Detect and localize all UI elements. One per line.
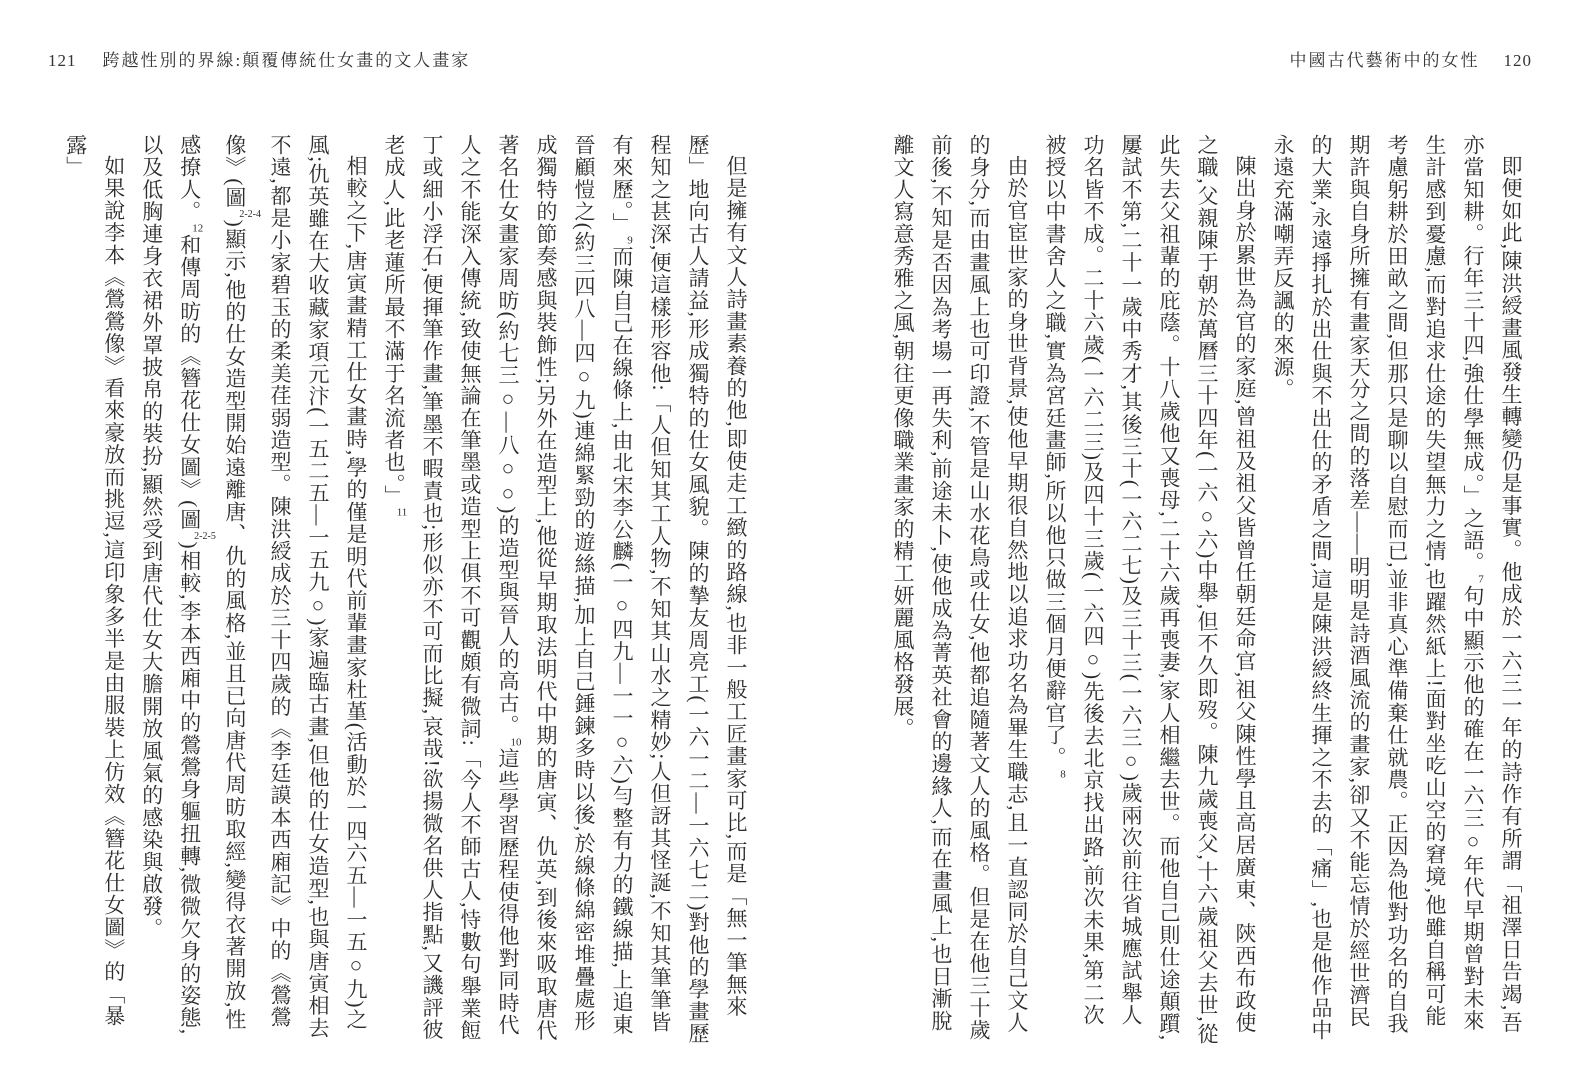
- footnote-marker: 11: [396, 507, 408, 518]
- page-number-120: 120: [1504, 51, 1533, 70]
- page-number-121: 121: [48, 51, 77, 70]
- paragraph: 陳出身於累世為官的家庭,曾祖及祖父皆曾任朝廷命官,祖父陳性學且高居廣東、陝西布政…: [1036, 134, 1264, 1046]
- page-120-body: 即便如此,陳洪綬畫風發生轉變仍是事實。他成於一六三一年的詩作有所謂「祖澤日告竭,…: [870, 134, 1530, 1046]
- footnote-marker: 12: [192, 223, 204, 234]
- footnote-marker: 8: [1057, 769, 1069, 780]
- paragraph: 但是擁有文人詩畫素養的他,即使走工緻的路線,也非一般工匠畫家可比,而是「無一筆無…: [375, 134, 755, 1046]
- running-title-book: 中國古代藝術中的女性: [1290, 51, 1480, 70]
- paragraph: 如果說李本《鶯鶯像》看來豪放而挑逗,這印象多半是由服裝上仿效《簪花仕女圖》的「暴…: [57, 134, 133, 1046]
- running-head-right: 中國古代藝術中的女性120: [1290, 46, 1533, 71]
- footnote-marker: 7: [1475, 574, 1487, 585]
- page-121-body: 但是擁有文人詩畫素養的他,即使走工緻的路線,也非一般工匠畫家可比,而是「無一筆無…: [95, 134, 755, 1046]
- paragraph: 相較之下,唐寅畫精工仕女畫時,學的僅是明代前輩畫家杜堇(活動於一四六五—一五○九…: [133, 134, 375, 1046]
- figure-ref: 2-2-4: [218, 209, 261, 220]
- paragraph: 由於官宦世家的身世背景,使他早期很自然地以追求功名為畢生職志,且一直認同於自己文…: [884, 134, 1036, 1046]
- running-head-left: 121跨越性別的界線:顛覆傳統仕女畫的文人畫家: [48, 46, 470, 71]
- running-title-chapter: 跨越性別的界線:顛覆傳統仕女畫的文人畫家: [103, 51, 471, 70]
- paragraph: 即便如此,陳洪綬畫風發生轉變仍是事實。他成於一六三一年的詩作有所謂「祖澤日告竭,…: [1264, 134, 1530, 1046]
- figure-ref: 2-2-5: [173, 531, 216, 542]
- footnote-marker: 9: [624, 235, 636, 246]
- footnote-marker: 10: [510, 737, 522, 748]
